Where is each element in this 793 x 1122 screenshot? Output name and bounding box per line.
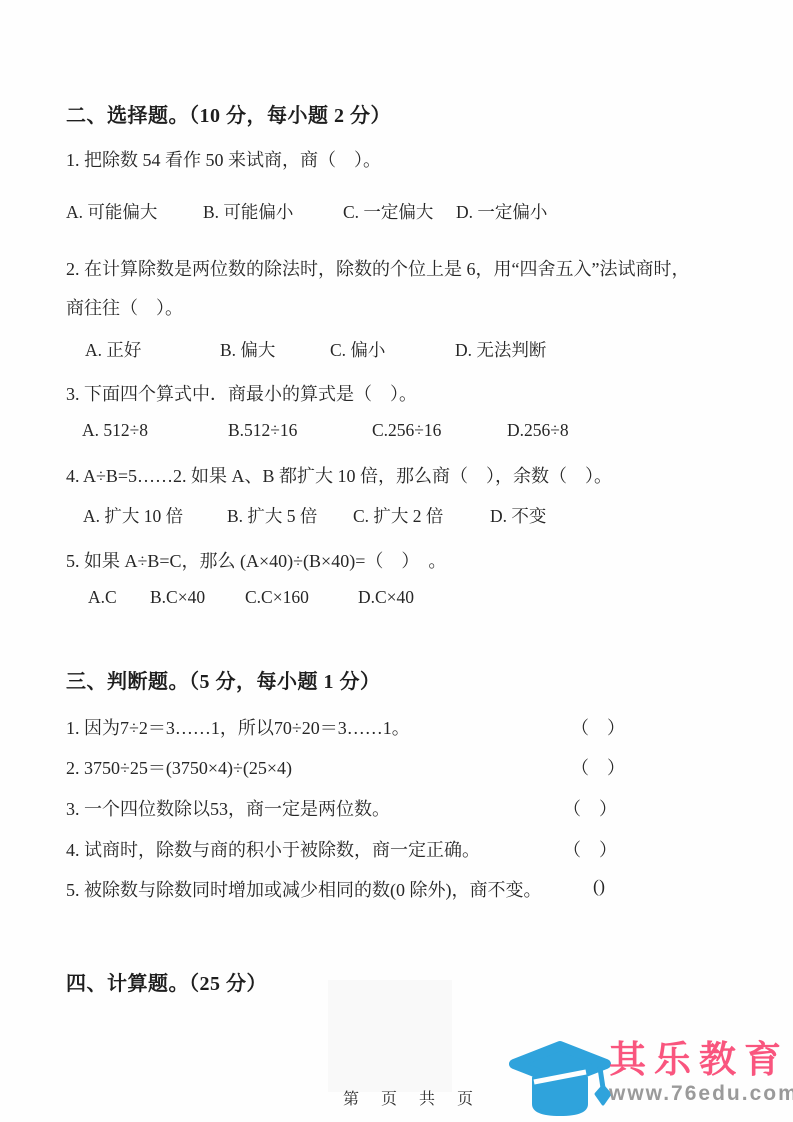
answer-parens: （ ） [571, 714, 625, 740]
option-d: D.256÷8 [507, 420, 569, 441]
judge-statement: 4. 试商时，除数与商的积小于被除数，商一定正确。 [66, 840, 480, 860]
page-footer: 第 页 共 页 [343, 1086, 482, 1109]
judge-statement: 2. 3750÷25＝(3750×4)÷(25×4) [66, 758, 292, 778]
judge-item-1: 1. 因为7÷2＝3……1，所以70÷20＝3……1。 （ ） [66, 714, 786, 740]
answer-parens: （ ） [563, 795, 617, 821]
option-d: D.C×40 [358, 587, 414, 608]
option-c: C. 一定偏大 [343, 199, 433, 224]
judge-statement: 3. 一个四位数除以53，商一定是两位数。 [66, 799, 390, 819]
option-d: D. 一定偏小 [456, 199, 547, 224]
option-d: D. 不变 [490, 503, 546, 528]
option-a: A. 512÷8 [82, 420, 148, 441]
option-c: C. 扩大 2 倍 [353, 503, 443, 528]
choice-question-5: 5. 如果 A÷B=C，那么 (A×40)÷(B×40)=（ ） 。 [66, 548, 446, 574]
option-a: A. 正好 [85, 337, 141, 362]
choice-question-2-line2: 商往往（ ）。 [66, 295, 183, 321]
judge-item-5: 5. 被除数与除数同时增加或减少相同的数(0 除外)，商不变。 () [66, 876, 786, 902]
brand-name: 其乐教育 [609, 1040, 793, 1080]
judge-item-4: 4. 试商时，除数与商的积小于被除数，商一定正确。 （ ） [66, 836, 786, 862]
judge-item-2: 2. 3750÷25＝(3750×4)÷(25×4) （ ） [66, 754, 786, 780]
answer-parens: () [593, 876, 605, 897]
judge-item-3: 3. 一个四位数除以53，商一定是两位数。 （ ） [66, 795, 786, 821]
judge-statement: 5. 被除数与除数同时增加或减少相同的数(0 除外)，商不变。 [66, 880, 542, 900]
option-b: B.512÷16 [228, 420, 297, 441]
choice-options-row-2: A. 正好 B. 偏大 C. 偏小 D. 无法判断 [66, 337, 786, 363]
option-d: D. 无法判断 [455, 337, 546, 362]
option-c: C.256÷16 [372, 420, 441, 441]
option-b: B. 扩大 5 倍 [227, 503, 317, 528]
choice-question-4: 4. A÷B=5……2. 如果 A、B 都扩大 10 倍，那么商（ ），余数（ … [66, 463, 612, 489]
choice-question-2-line1: 2. 在计算除数是两位数的除法时，除数的个位上是 6，用“四舍五入”法试商时， [66, 256, 689, 282]
choice-options-row-4: A. 扩大 10 倍 B. 扩大 5 倍 C. 扩大 2 倍 D. 不变 [66, 503, 786, 529]
choice-question-3: 3. 下面四个算式中．商最小的算式是（ ）。 [66, 381, 417, 407]
choice-options-row-5: A.C B.C×40 C.C×160 D.C×40 [66, 587, 786, 613]
option-b: B. 可能偏小 [203, 199, 293, 224]
option-a: A.C [88, 587, 117, 608]
choice-options-row-1: A. 可能偏大 B. 可能偏小 C. 一定偏大 D. 一定偏小 [66, 199, 786, 225]
option-a: A. 可能偏大 [66, 199, 157, 224]
choice-question-1: 1. 把除数 54 看作 50 来试商，商（ ）。 [66, 147, 381, 173]
option-b: B.C×40 [150, 587, 205, 608]
option-c: C.C×160 [245, 587, 309, 608]
option-b: B. 偏大 [220, 337, 275, 362]
brand-url: www.76edu.com [609, 1082, 793, 1106]
section-judge-heading: 三、判断题。（5 分，每小题 1 分） [66, 669, 381, 695]
answer-parens: （ ） [571, 754, 625, 780]
option-a: A. 扩大 10 倍 [83, 503, 183, 528]
section-calc-heading: 四、计算题。（25 分） [66, 971, 267, 997]
answer-parens: （ ） [563, 836, 617, 862]
option-c: C. 偏小 [330, 337, 385, 362]
judge-statement: 1. 因为7÷2＝3……1，所以70÷20＝3……1。 [66, 718, 410, 738]
brand-logo: 其乐教育 www.76edu.com [609, 1040, 793, 1106]
watermark-box [328, 980, 452, 1092]
choice-options-row-3: A. 512÷8 B.512÷16 C.256÷16 D.256÷8 [66, 420, 786, 446]
exam-paper-page: 二、选择题。（10 分，每小题 2 分） 1. 把除数 54 看作 50 来试商… [0, 0, 793, 1122]
graduation-cap-icon [504, 1038, 616, 1122]
section-choice-heading: 二、选择题。（10 分，每小题 2 分） [66, 103, 391, 129]
